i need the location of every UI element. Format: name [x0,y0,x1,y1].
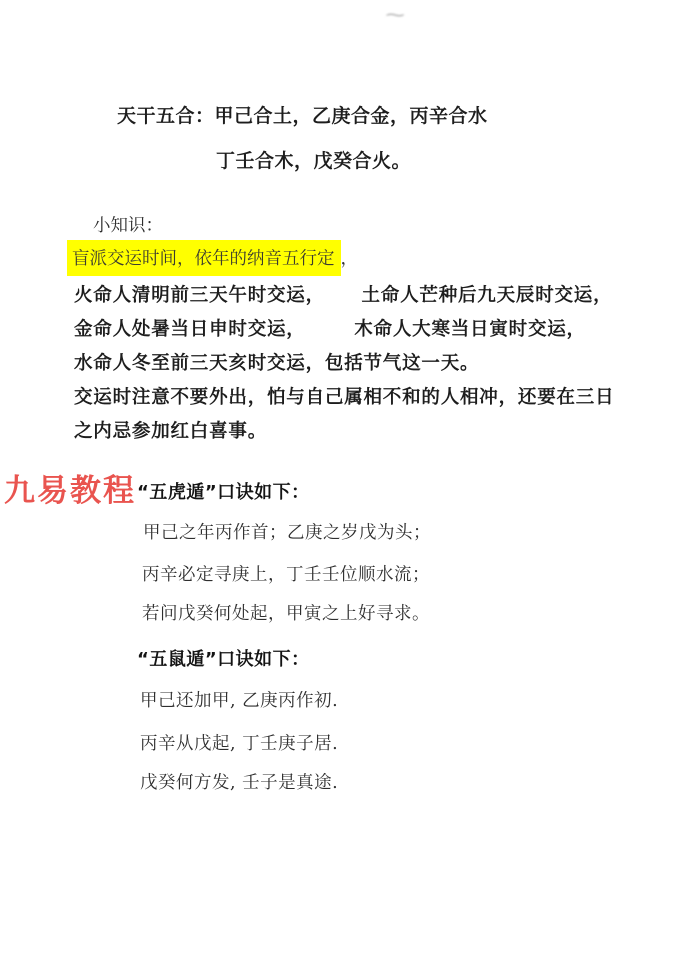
tip-line-caution-2: 之内忌参加红白喜事。 [74,417,267,443]
scan-artifact-mark: ~ [385,2,405,30]
wushu-verse-line: 甲己还加甲, 乙庚丙作初. [140,687,338,712]
wushu-verse-line: 戊癸何方发, 壬子是真途. [140,769,338,794]
wuhu-verse-line: 若问戊癸何处起，甲寅之上好寻求。 [142,600,430,625]
heading-line-1: 天干五合：甲己合土，乙庚合金，丙辛合水 [117,101,488,128]
wuhu-verse-line: 丙辛必定寻庚上，丁壬壬位顺水流； [142,561,430,586]
document-page: ~ 天干五合：甲己合土，乙庚合金，丙辛合水 丁壬合木，戊癸合火。 小知识： 盲派… [0,0,688,971]
wuhu-verse-line: 甲己之年丙作首；乙庚之岁戊为头； [143,519,431,544]
tip-line-fire-earth: 火命人清明前三天午时交运， 土命人芒种后九天辰时交运， [74,281,612,307]
highlighted-text: 盲派交运时间，依年的纳音五行定 [67,240,341,276]
wushu-dun-title: “五鼠遁”口诀如下： [137,645,310,671]
highlight-trailing-comma: ， [341,249,359,269]
watermark-jiuyi-jiaocheng: 九易教程 [4,465,136,510]
heading-line-2: 丁壬合木，戊癸合火。 [216,146,411,173]
wuhu-dun-title: “五虎遁”口诀如下： [137,478,310,504]
wushu-verse-line: 丙辛从戊起, 丁壬庚子居. [140,730,338,755]
tip-label: 小知识： [93,212,163,237]
tip-line-caution-1: 交运时注意不要外出，怕与自己属相不和的人相冲，还要在三日 [74,383,614,409]
tip-line-metal-wood: 金命人处暑当日申时交运， 木命人大寒当日寅时交运， [74,315,586,341]
tip-line-water: 水命人冬至前三天亥时交运，包括节气这一天。 [74,349,479,375]
highlight-row: 盲派交运时间，依年的纳音五行定， [67,240,358,276]
